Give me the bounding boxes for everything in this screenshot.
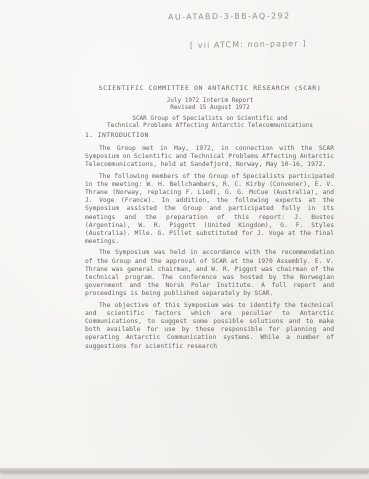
scanned-document-page: { "page": { "annotations": { "code": "AU… — [0, 0, 369, 479]
group-name-line-2: Technical Problems Affecting Antarctic T… — [85, 122, 335, 129]
document-paper: AU-ATABD-3-BB-AQ-292 [ vii ATCM: non-pap… — [0, 0, 369, 471]
handwritten-note: [ vii ATCM: non-paper ] — [190, 39, 307, 50]
document-body: 1. INTRODUCTION The Group met in May, 19… — [85, 131, 334, 354]
paragraph: The objective of this Symposium was to i… — [85, 302, 334, 351]
document-header: SCIENTIFIC COMMITTEE ON ANTARCTIC RESEAR… — [85, 84, 335, 130]
paragraph: The following members of the Group of Sp… — [85, 173, 334, 247]
report-title-line: July 1972 Interim Report — [85, 97, 335, 104]
handwritten-archive-code: AU-ATABD-3-BB-AQ-292 — [168, 11, 291, 21]
paragraph: The Symposium was held in accordance wit… — [85, 249, 334, 298]
group-name-line-1: SCAR Group of Specialists on Scientific … — [85, 115, 335, 122]
organization-title: SCIENTIFIC COMMITTEE ON ANTARCTIC RESEAR… — [85, 84, 335, 92]
report-revision-line: Revised 15 August 1972 — [85, 104, 335, 111]
page-bottom-edge — [0, 468, 369, 472]
section-heading: 1. INTRODUCTION — [85, 131, 334, 139]
paragraph: The Group met in May, 1972, in connectio… — [85, 145, 334, 170]
